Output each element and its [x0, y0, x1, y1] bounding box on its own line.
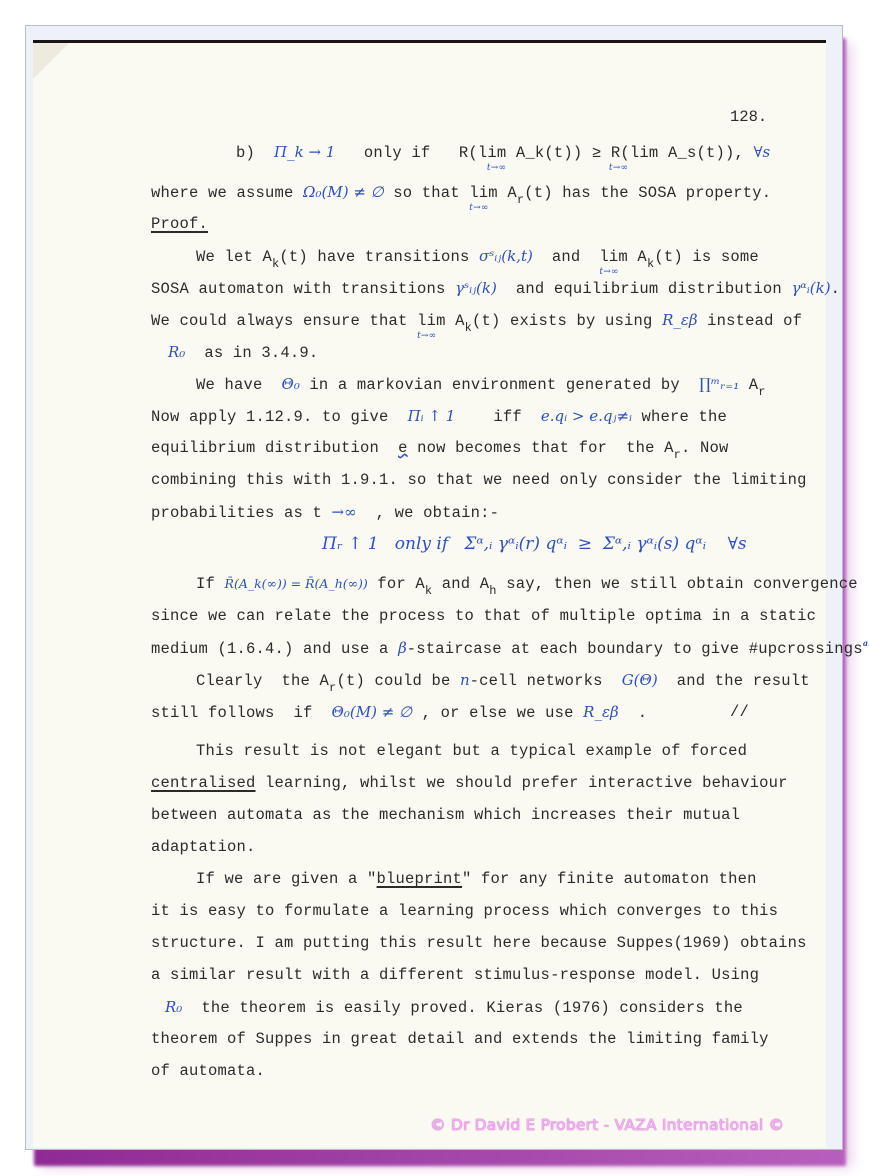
text-line: We could always ensure that limt→∞ Ak(t)… [151, 310, 802, 332]
text-line: Clearly the Ar(t) could be n-cell networ… [196, 670, 810, 692]
text-line: We have Θ₀ in a markovian environment ge… [196, 374, 766, 396]
lim-operator: limt→∞ [599, 247, 628, 267]
text-line: since we can relate the process to that … [151, 606, 816, 626]
expression-r-lim: R(lim A_k(t)) ≥ R(lim A_s(t)),t→∞t→∞ [459, 143, 744, 163]
handwritten-beta: β [398, 639, 407, 657]
paper-corner-fold [33, 43, 69, 79]
text-line: combining this with 1.9.1. so that we ne… [151, 470, 807, 490]
text-line: where we assume Ω₀(M) ≠ ∅ so that limt→∞… [151, 182, 771, 204]
proof-heading: Proof. [151, 214, 208, 234]
handwritten-r-epsilon-beta: R_εβ [662, 311, 698, 329]
handwritten-r-zero: R₀ [168, 343, 185, 361]
text-line: If R̄(A_k(∞)) = R̄(A_h(∞)) for Ak and Ah… [196, 574, 858, 595]
handwritten-omega-m: Ω₀(M) ≠ ∅ [303, 183, 384, 201]
text-line: structure. I am putting this result here… [151, 933, 807, 953]
lim-operator: limt→∞ [469, 183, 498, 203]
text-line: R₀ as in 3.4.9. [168, 342, 318, 363]
handwritten-eq-condition: e.qᵢ > e.qⱼ≠ᵢ [541, 407, 632, 425]
text-line: SOSA automaton with transitions γˢᵢⱼ(k) … [151, 278, 840, 299]
handwritten-formula: Πᵣ ↑ 1 only if Σᵅ,ᵢ γᵅᵢ(r) qᵅᵢ ≥ Σᵅ,ᵢ γᵅ… [322, 534, 747, 554]
text-line: it is easy to formulate a learning proce… [151, 901, 778, 921]
item-label: b) [236, 144, 255, 162]
end-of-proof-mark: // [730, 702, 749, 722]
text-line: still follows if Θ₀(M) ≠ ∅ , or else we … [151, 702, 647, 723]
handwritten-theta-m: Θ₀(M) ≠ ∅ [332, 703, 413, 721]
text-line: probabilities as t →∞ , we obtain:- [151, 502, 499, 523]
handwritten-n: n [460, 671, 470, 689]
handwritten-sigma-transitions: σˢᵢⱼ(k,t) [479, 247, 533, 265]
underlined-word: centralised [151, 774, 256, 792]
text-line: equilibrium distribution e now becomes t… [151, 438, 729, 459]
handwritten-for-all-s: ∀s [753, 143, 770, 161]
handwritten-product: ∏ᵐᵣ₌₁ [699, 375, 739, 393]
handwritten-pi-i: Πᵢ ↑ 1 [408, 407, 456, 425]
handwritten-g-theta: G(Θ) [622, 671, 658, 689]
lim-operator: limt→∞ [417, 311, 446, 331]
handwritten-theta-zero: Θ₀ [282, 375, 300, 393]
text-line: R₀ the theorem is easily proved. Kieras … [165, 997, 743, 1018]
text-line: We let Ak(t) have transitions σˢᵢⱼ(k,t) … [196, 246, 759, 268]
handwritten-to-infinity: →∞ [332, 503, 357, 521]
text-line: adaptation. [151, 837, 256, 857]
copyright-watermark: © Dr David E Probert - VAZA Internationa… [430, 1116, 784, 1134]
text-line: centralised learning, whilst we should p… [151, 773, 788, 793]
handwritten-r-zero: R₀ [165, 998, 182, 1016]
text: only if [364, 144, 431, 162]
text-line: This result is not elegant but a typical… [196, 741, 747, 761]
text-line: a similar result with a different stimul… [151, 965, 759, 985]
underlined-word: blueprint [377, 870, 463, 888]
text-line: Now apply 1.12.9. to give Πᵢ ↑ 1 iff e.q… [151, 406, 727, 427]
handwritten-less-than-infinity: a.s.<∞ [863, 642, 869, 657]
text-line: If we are given a "blueprint" for any fi… [196, 869, 757, 889]
theorem-line-b: b) Π_k → 1 only if R(lim A_k(t)) ≥ R(lim… [236, 142, 770, 163]
text-line: theorem of Suppes in great detail and ex… [151, 1029, 769, 1049]
page-number: 128. [730, 108, 767, 126]
text-line: of automata. [151, 1061, 265, 1081]
text-line: medium (1.6.4.) and use a β-staircase at… [151, 638, 869, 660]
handwritten-r-equality: R̄(A_k(∞)) = R̄(A_h(∞)) [225, 576, 368, 591]
text-line: between automata as the mechanism which … [151, 805, 740, 825]
handwritten-gamma-transitions: γˢᵢⱼ(k) [455, 279, 497, 297]
handwritten-gamma-distribution: γᵅᵢ(k) [791, 279, 830, 297]
handwritten-pi-k: Π_k → 1 [274, 143, 335, 161]
handwritten-r-epsilon-beta: R_εβ [583, 703, 619, 721]
